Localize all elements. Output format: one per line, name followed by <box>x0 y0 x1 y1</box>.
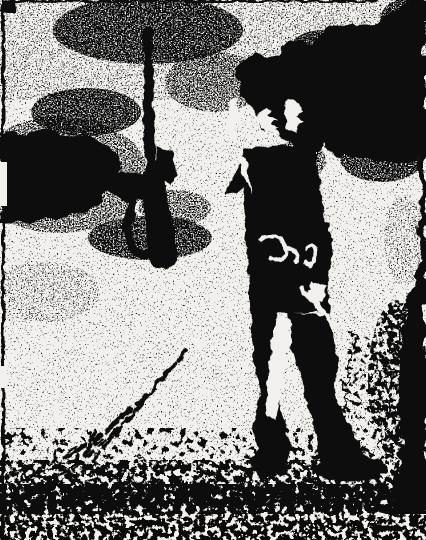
falling-soldier-photograph <box>0 0 426 540</box>
corner-topleft <box>0 0 16 12</box>
grass-base-lights <box>0 514 426 540</box>
grass-foreground <box>0 428 426 540</box>
scrub-fragments <box>344 335 380 435</box>
border-left-gap-2 <box>0 366 7 388</box>
border-left-gap <box>0 162 7 206</box>
border-top <box>6 0 378 3</box>
screenshot-root <box>0 0 426 540</box>
photo-canvas <box>0 0 426 540</box>
border-left <box>2 0 6 540</box>
grass-dark-clump <box>314 454 386 482</box>
